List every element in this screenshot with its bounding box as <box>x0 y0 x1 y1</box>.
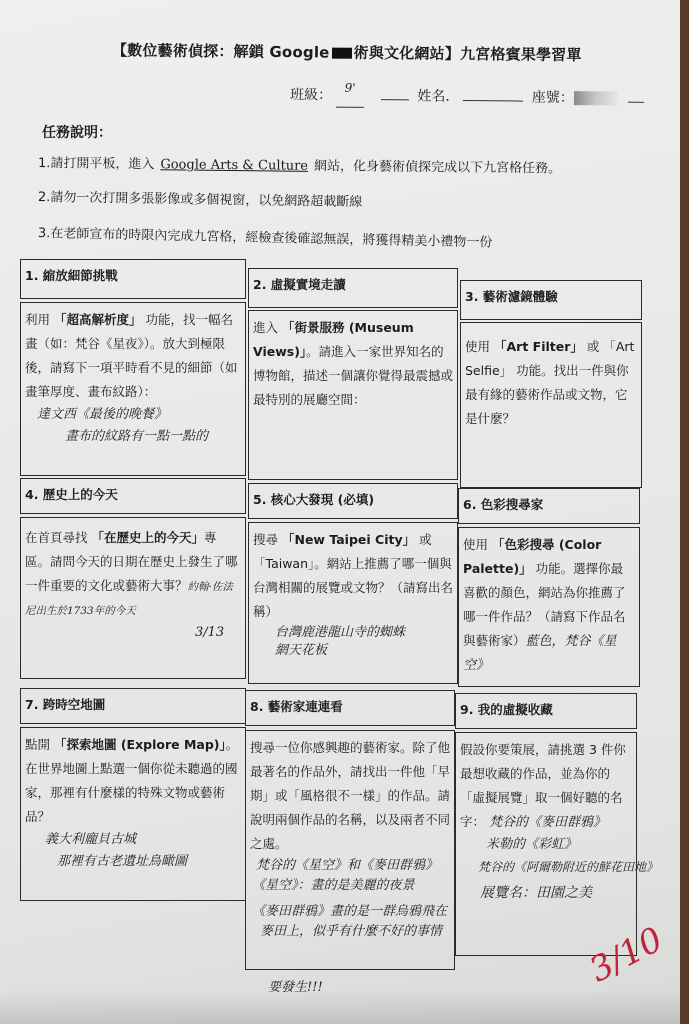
cell-3-body[interactable]: 使用 「Art Filter」 或 「Art Selfie」 功能。找出一件與你… <box>460 322 642 488</box>
cell-5-title: 5. 核心大發現 (必填) <box>248 483 458 519</box>
cell-1-title: 1. 縮放細節挑戰 <box>20 259 246 299</box>
seat-field[interactable] <box>628 102 644 103</box>
instruction-2: 2.請勿一次打開多張影像或多個視窗，以免網路超載斷線 <box>38 186 363 210</box>
page-shadow <box>0 990 680 1024</box>
instructions-heading: 任務說明： <box>42 122 112 142</box>
cell-2-body[interactable]: 進入 「街景服務 (Museum Views)」。請進入一家世界知名的博物館，描… <box>248 310 458 480</box>
cell-9-answer-2: 米勒的《彩虹》 <box>460 834 632 856</box>
cell-9-answer-4: 展覽名：田園之美 <box>460 882 632 904</box>
name-label: 姓名． <box>417 88 459 104</box>
cell-8-title: 8. 藝術家連連看 <box>245 690 455 726</box>
cell-4-title: 4. 歷史上的今天 <box>20 478 246 514</box>
google-arts-culture-link[interactable]: Google Arts & Culture <box>160 157 308 174</box>
cell-8-answer-1: 梵谷的《星空》和《麥田群鴉》 <box>250 856 450 876</box>
cell-4-answer-2: 3/13 <box>25 622 241 644</box>
cell-6-title: 6. 色彩搜尋家 <box>458 488 640 524</box>
cell-8-answer-4: 麥田上，似乎有什麼不好的事情 <box>250 922 450 942</box>
cell-8-body[interactable]: 搜尋一位你感興趣的藝術家。除了他最著名的作品外，請找出一件他「早期」或「風格很不… <box>245 730 455 970</box>
class-field[interactable]: 9' <box>336 85 364 108</box>
cell-8-answer-3: 《麥田群鴉》畫的是一群烏鴉飛在 <box>250 902 450 922</box>
worksheet-title: 【數位藝術偵探：解鎖 Google術與文化網站】九宮格賓果學習單 <box>112 39 632 65</box>
name-field[interactable] <box>463 100 523 102</box>
cell-4-body[interactable]: 在首頁尋找 「在歷史上的今天」專區。請問今天的日期在歷史上發生了哪一件重要的文化… <box>20 517 246 679</box>
seat-label: 座號： <box>532 90 574 106</box>
seat-number-redacted <box>574 91 618 105</box>
cell-7-title: 7. 跨時空地圖 <box>20 688 246 724</box>
cell-1-answer-1: 達文西《最後的晚餐》 <box>25 404 241 426</box>
cell-5-answer-1: 台灣鹿港龍山寺的蜘蛛 <box>253 624 453 642</box>
instruction-3: 3.在老師宣布的時限內完成九宮格，經檢查後確認無誤，將獲得精美小禮物一份 <box>38 222 493 251</box>
instruction-1: 1.請打開平板，進入Google Arts & Culture網站，化身藝術偵探… <box>38 152 561 176</box>
student-info-row: 班級：9' 姓名． 座號： <box>290 84 648 111</box>
cell-9-body[interactable]: 假設你要策展，請挑選 3 件你最想收藏的作品，並為你的「虛擬展覽」取一個好聽的名… <box>455 732 637 956</box>
cell-7-answer-1: 義大利龐貝古城 <box>25 829 241 851</box>
cell-9-title: 9. 我的虛擬收藏 <box>455 693 637 729</box>
worksheet-page: 【數位藝術偵探：解鎖 Google術與文化網站】九宮格賓果學習單 班級：9' 姓… <box>0 0 680 1024</box>
cell-9-answer-3: 梵谷的《阿爾勒附近的鮮花田地》 <box>460 856 632 878</box>
class-label: 班級： <box>290 87 332 103</box>
cell-9-answer-1: 梵谷的《麥田群鴉》 <box>489 815 606 830</box>
cell-2-title: 2. 虛擬實境走讀 <box>248 268 458 308</box>
cell-5-answer-2: 網天花板 <box>253 642 453 660</box>
cell-7-body[interactable]: 點開 「探索地圖 (Explore Map)」。在世界地圖上點選一個你從未聽過的… <box>20 727 246 901</box>
cell-3-title: 3. 藝術濾鏡體驗 <box>460 280 642 320</box>
cell-7-answer-2: 那裡有古老遺址鳥瞰圖 <box>25 851 241 873</box>
cell-5-body[interactable]: 搜尋 「New Taipei City」 或 「Taiwan」。網站上推薦了哪一… <box>248 522 458 684</box>
cell-1-body[interactable]: 利用 「超高解析度」 功能，找一幅名畫（如：梵谷《星夜》）。放大到極限後，請寫下… <box>20 302 246 476</box>
cell-6-body[interactable]: 使用 「色彩搜尋 (Color Palette)」 功能。選擇你最喜歡的顏色，網… <box>458 527 640 687</box>
cell-8-answer-2: 《星空》：畫的是美麗的夜景 <box>250 876 450 896</box>
class-field-extra <box>381 99 409 100</box>
cell-1-answer-2: 畫布的紋路有一點一點的 <box>25 426 241 448</box>
redaction-block <box>332 48 352 59</box>
